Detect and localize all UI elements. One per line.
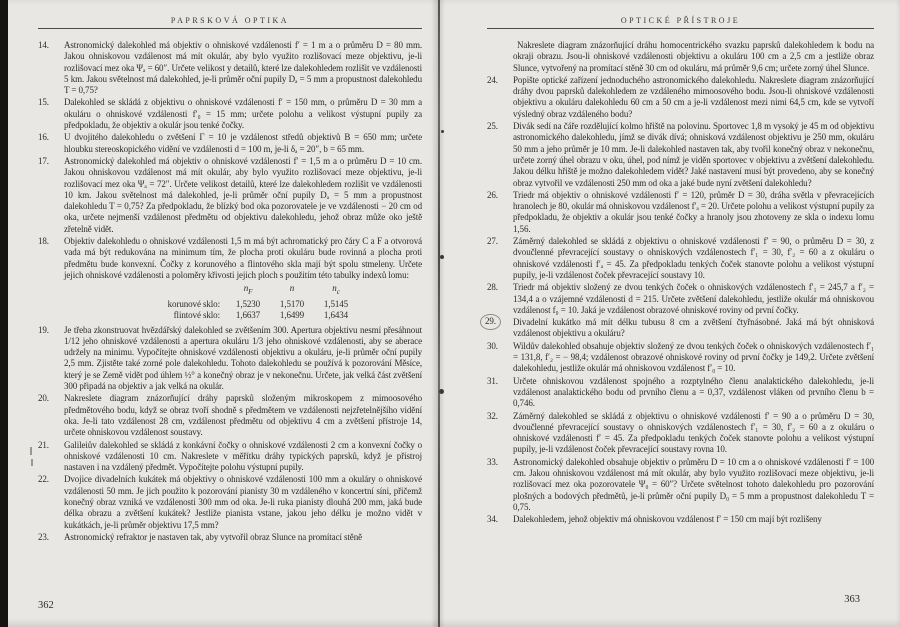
problem-item: 32. Záměrný dalekohled se skládá z objek… bbox=[487, 411, 874, 456]
dust-speck bbox=[439, 389, 444, 394]
table-cell: 1,6434 bbox=[314, 310, 358, 322]
scanner-edge bbox=[0, 0, 8, 627]
problem-23-continuation: Nakreslete diagram znázorňující dráhu ho… bbox=[487, 40, 874, 74]
table-row: korunové sklo:1,52301,51701,5145 bbox=[128, 299, 358, 311]
problem-number: 21. bbox=[38, 440, 49, 451]
problem-item: 17. Astronomický dalekohled má objektiv … bbox=[38, 156, 422, 235]
problem-text: Určete ohniskovou vzdálenost spojného a … bbox=[513, 376, 874, 409]
problem-text: Dalekohledem, jehož objektiv má ohniskov… bbox=[513, 514, 822, 524]
problem-text: Divák sedí na čáře rozdělující kolmo hři… bbox=[513, 121, 874, 187]
problem-text: Záměrný dalekohled se skládá z objektivu… bbox=[513, 236, 874, 280]
problem-text: Nakreslete diagram znázorňující dráhy pa… bbox=[64, 393, 422, 437]
right-problem-list: 24. Popište optické zařízení jednoduchéh… bbox=[487, 75, 874, 526]
problem-item: 23. Astronomický refraktor je nastaven t… bbox=[38, 532, 422, 543]
problem-item: 21. Galileiův dalekohled se skládá z kon… bbox=[38, 440, 422, 474]
problem-item: 33. Astronomický dalekohled obsahuje obj… bbox=[487, 457, 874, 513]
table-row-label: flintové sklo: bbox=[128, 310, 226, 322]
problem-number: 23. bbox=[38, 532, 49, 543]
table-column-header: nc bbox=[314, 283, 358, 298]
problem-item: 26. Triedr má objektiv o ohniskové vzdál… bbox=[487, 190, 874, 235]
pencil-mark bbox=[31, 459, 33, 466]
problem-number: 22. bbox=[38, 474, 49, 485]
problem-item: 31. Určete ohniskovou vzdálenost spojnéh… bbox=[487, 376, 874, 410]
problem-number: 28. bbox=[487, 282, 498, 293]
problem-text: Astronomický dalekohled má objektiv o oh… bbox=[64, 156, 422, 234]
table-cell: 1,5170 bbox=[270, 299, 314, 311]
problem-number: 14. bbox=[38, 40, 49, 51]
problem-item: 28. Triedr má objektiv složený ze dvou t… bbox=[487, 282, 874, 316]
refraction-index-table: nFnnckorunové sklo:1,52301,51701,5145fli… bbox=[128, 283, 358, 321]
problem-text: Triedr má objektiv složený ze dvou tenký… bbox=[513, 282, 874, 315]
problem-item: 14. Astronomický dalekohled má objektiv … bbox=[38, 40, 422, 96]
table-header-row: nFnnc bbox=[128, 283, 358, 298]
problem-item: 20. Nakreslete diagram znázorňující dráh… bbox=[38, 393, 422, 438]
problem-item: 16. U dvojitého dalekohledu o zvětšení Γ… bbox=[38, 132, 422, 155]
right-page-number: 363 bbox=[844, 594, 860, 605]
left-page-number: 362 bbox=[38, 600, 54, 611]
table-cell: 1,6637 bbox=[226, 310, 270, 322]
problem-item: 18. Objektiv dalekohledu o ohniskové vzd… bbox=[38, 236, 422, 321]
problem-text: Dalekohled se skládá z objektivu o ohnis… bbox=[64, 97, 422, 130]
problem-text: Dvojice divadelních kukátek má objektivy… bbox=[64, 474, 422, 529]
problem-number: 34. bbox=[487, 514, 498, 525]
problem-number: 17. bbox=[38, 156, 49, 167]
book-scan: PAPRSKOVÁ OPTIKA 14. Astronomický daleko… bbox=[0, 0, 900, 627]
table-row: flintové sklo:1,66371,64991,6434 bbox=[128, 310, 358, 322]
problem-text: Wildův dalekohled obsahuje objektiv slož… bbox=[513, 341, 874, 374]
problem-number: 15. bbox=[38, 97, 49, 108]
pencil-mark bbox=[30, 447, 32, 455]
problem-number: 16. bbox=[38, 132, 49, 143]
problem-text: Divadelní kukátko má mít délku tubusu 8 … bbox=[513, 317, 874, 338]
left-page: PAPRSKOVÁ OPTIKA 14. Astronomický daleko… bbox=[8, 0, 432, 627]
table-cell: 1,6499 bbox=[270, 310, 314, 322]
problem-text: Záměrný dalekohled se skládá z objektivu… bbox=[513, 411, 874, 455]
problem-number: 30. bbox=[487, 341, 498, 352]
right-head-rule bbox=[487, 28, 874, 29]
problem-item: 24. Popište optické zařízení jednoduchéh… bbox=[487, 75, 874, 120]
problem-text: U dvojitého dalekohledu o zvětšení Γ = 1… bbox=[64, 132, 422, 153]
problem-item: 19. Je třeba zkonstruovat hvězdářský dal… bbox=[38, 325, 422, 393]
problem-number: 25. bbox=[487, 121, 498, 132]
dust-speck bbox=[441, 130, 444, 133]
problem-number: 26. bbox=[487, 190, 498, 201]
problem-number: 33. bbox=[487, 457, 498, 468]
problem-item: 25. Divák sedí na čáře rozdělující kolmo… bbox=[487, 121, 874, 189]
problem-item: 15. Dalekohled se skládá z objektivu o o… bbox=[38, 97, 422, 131]
right-running-head: OPTICKÉ PŘÍSTROJE bbox=[487, 16, 874, 25]
book-gutter-line bbox=[438, 0, 440, 627]
left-running-head: PAPRSKOVÁ OPTIKA bbox=[38, 16, 422, 25]
problem-item: 29. Divadelní kukátko má mít délku tubus… bbox=[487, 317, 874, 340]
problem-text: Astronomický refraktor je nastaven tak, … bbox=[64, 532, 362, 542]
table-cell: 1,5145 bbox=[314, 299, 358, 311]
problem-number: 19. bbox=[38, 325, 49, 336]
problem-text: Astronomický dalekohled má objektiv o oh… bbox=[64, 40, 422, 95]
problem-text: Astronomický dalekohled obsahuje objekti… bbox=[513, 457, 874, 512]
problem-text: Objektiv dalekohledu o ohniskové vzdálen… bbox=[64, 236, 422, 280]
problem-item: 22. Dvojice divadelních kukátek má objek… bbox=[38, 474, 422, 530]
left-problem-list: 14. Astronomický dalekohled má objektiv … bbox=[38, 40, 422, 543]
problem-number: 29. bbox=[480, 314, 501, 330]
table-cell: 1,5230 bbox=[226, 299, 270, 311]
problem-item: 30. Wildův dalekohled obsahuje objektiv … bbox=[487, 341, 874, 375]
table-column-header: n bbox=[270, 283, 314, 298]
problem-number: 18. bbox=[38, 236, 49, 247]
problem-text: Je třeba zkonstruovat hvězdářský dalekoh… bbox=[64, 325, 422, 391]
problem-number: 31. bbox=[487, 376, 498, 387]
dust-speck bbox=[440, 255, 444, 259]
problem-number: 20. bbox=[38, 393, 49, 404]
problem-item: 34. Dalekohledem, jehož objektiv má ohni… bbox=[487, 514, 874, 525]
problem-number: 27. bbox=[487, 236, 498, 247]
problem-text: Popište optické zařízení jednoduchého as… bbox=[513, 75, 874, 119]
table-row-label: korunové sklo: bbox=[128, 299, 226, 311]
problem-text: Triedr má objektiv o ohniskové vzdálenos… bbox=[513, 190, 874, 234]
table-column-header: nF bbox=[226, 283, 270, 298]
problem-number: 24. bbox=[487, 75, 498, 86]
problem-item: 27. Záměrný dalekohled se skládá z objek… bbox=[487, 236, 874, 281]
problem-number: 32. bbox=[487, 411, 498, 422]
left-head-rule bbox=[38, 28, 422, 29]
problem-text: Galileiův dalekohled se skládá z konkávn… bbox=[64, 440, 422, 473]
right-page: OPTICKÉ PŘÍSTROJE Nakreslete diagram zná… bbox=[445, 0, 900, 627]
